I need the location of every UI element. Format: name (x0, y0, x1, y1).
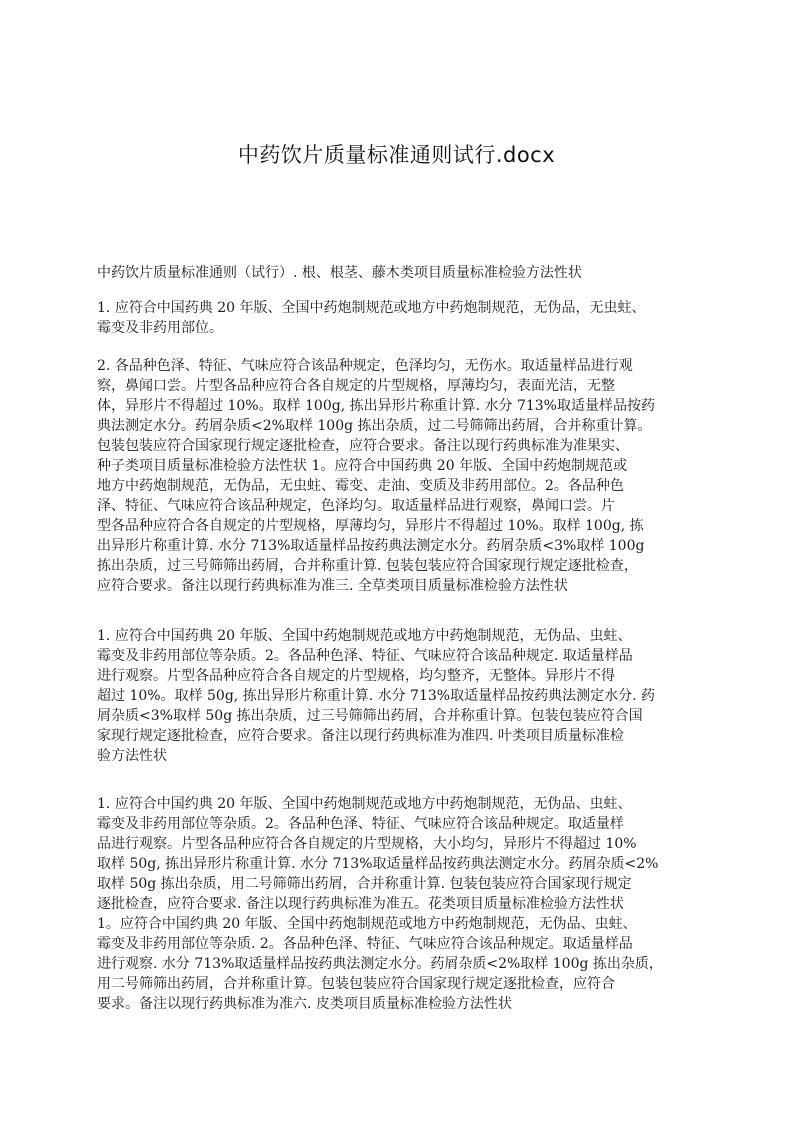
paragraph-line: 用二号筛筛出药屑，合并称重计算。包装包装应符合国家现行规定逐批检查，应符合 (97, 974, 707, 994)
paragraph-line: 拣出杂质，过三号筛筛出药屑，合并称重计算. 包装包装应符合国家现行规定逐批检查， (97, 556, 707, 576)
paragraph-line: 霉变及非药用部位等杂质。2。各品种色泽、特征、气味应符合该品种规定。取适量样 (97, 814, 707, 834)
paragraph-line: 包装包装应符合国家现行规定逐批检查，应符合要求。备注以现行药典标准为准果实、 (97, 436, 707, 456)
paragraph-line: 体，异形片不得超过 10%。取样 100g, 拣出异形片称重计算. 水分 713… (97, 396, 707, 416)
paragraph-line: 验方法性状 (97, 746, 707, 766)
paragraph-line: 1. 应符合中国药典 20 年版、全国中药炮制规范或地方中药炮制规范，无伪品，无… (97, 298, 707, 318)
paragraph: 1. 应符合中国药典 20 年版、全国中药炮制规范或地方中药炮制规范，无伪品、虫… (97, 626, 707, 766)
paragraph-line: 1。应符合中国约典 20 年版、全国中药炮制规范或地方中药炮制规范，无伪品、虫蛀… (97, 914, 707, 934)
paragraph-line: 应符合要求。备注以现行药典标准为准三. 全草类项目质量标准检验方法性状 (97, 576, 707, 596)
paragraph: 2. 各品种色泽、特征、气味应符合该品种规定，色泽均匀，无伤水。取适量样品进行观… (97, 356, 707, 596)
paragraph-line: 种子类项目质量标准检验方法性状 1。应符合中国药典 20 年版、全国中药炮制规范… (97, 456, 707, 476)
paragraph: 1. 应符合中国药典 20 年版、全国中药炮制规范或地方中药炮制规范，无伪品，无… (97, 298, 707, 338)
paragraph-line: 家现行规定逐批检查，应符合要求。备注以现行药典标准为准四. 叶类项目质量标准检 (97, 726, 707, 746)
paragraph-line: 进行观察. 水分 713%取适量样品按药典法测定水分。药屑杂质<2%取样 100… (97, 954, 707, 974)
paragraph-line: 2. 各品种色泽、特征、气味应符合该品种规定，色泽均匀，无伤水。取适量样品进行观 (97, 356, 707, 376)
paragraph-line: 取样 50g 拣出杂质，用二号筛筛出药屑，合并称重计算. 包装包装应符合国家现行… (97, 874, 707, 894)
paragraph-line: 逐批检查，应符合要求. 备注以现行药典标准为准五。花类项目质量标准检验方法性状 (97, 894, 707, 914)
paragraph-line: 出异形片称重计算. 水分 713%取适量样品按药典法测定水分。药屑杂质<3%取样… (97, 536, 707, 556)
paragraph-line: 超过 10%。取样 50g, 拣出异形片称重计算. 水分 713%取适量样品按药… (97, 686, 707, 706)
paragraph-line: 霉变及非药用部位等杂质。2。各品种色泽、特征、气味应符合该品种规定. 取适量样品 (97, 646, 707, 666)
paragraph-line: 典法测定水分。药屑杂质<2%取样 100g 拣出杂质，过二号筛筛出药屑，合并称重… (97, 416, 707, 436)
paragraph-line: 屑杂质<3%取样 50g 拣出杂质，过三号筛筛出药屑，合并称重计算。包装包装应符… (97, 706, 707, 726)
paragraph: 1. 应符合中国约典 20 年版、全国中药炮制规范或地方中药炮制规范，无伪品、虫… (97, 794, 707, 1014)
paragraph-line: 品进行观察。片型各品种应符合各自规定的片型规格，大小均匀，异形片不得超过 10% (97, 834, 707, 854)
paragraph-line: 取样 50g, 拣出异形片称重计算. 水分 713%取适量样品按药典法测定水分。… (97, 854, 707, 874)
paragraph-line: 泽、特征、气味应符合该品种规定，色泽均匀。取适量样品进行观察，鼻闻口尝。片 (97, 496, 707, 516)
document-page: 中药饮片质量标准通则试行.docx 中药饮片质量标准通则（试行）. 根、根茎、藤… (0, 0, 793, 1122)
paragraph-line: 地方中药炮制规范，无伪品，无虫蛀、霉变、走油、变质及非药用部位。2。各品种色 (97, 476, 707, 496)
paragraph-line: 霉变及非药用部位等杂质. 2。各品种色泽、特征、气味应符合该品种规定。取适量样品 (97, 934, 707, 954)
paragraph-line: 型各品种应符合各自规定的片型规格，厚薄均匀，异形片不得超过 10%。取样 100… (97, 516, 707, 536)
paragraph-line: 1. 应符合中国约典 20 年版、全国中药炮制规范或地方中药炮制规范，无伪品、虫… (97, 794, 707, 814)
paragraph-line: 霉变及非药用部位。 (97, 318, 707, 338)
paragraph-line: 察，鼻闻口尝。片型各品种应符合各自规定的片型规格，厚薄均匀，表面光洁，无整 (97, 376, 707, 396)
paragraph-line: 1. 应符合中国药典 20 年版、全国中药炮制规范或地方中药炮制规范，无伪品、虫… (97, 626, 707, 646)
paragraph: 中药饮片质量标准通则（试行）. 根、根茎、藤木类项目质量标准检验方法性状 (97, 263, 707, 283)
paragraph-line: 进行观察。片型各品种应符合各自规定的片型规格，均匀整齐，无整体。异形片不得 (97, 666, 707, 686)
paragraph-line: 要求。备注以现行药典标准为准六. 皮类项目质量标准检验方法性状 (97, 994, 707, 1014)
paragraph-line: 中药饮片质量标准通则（试行）. 根、根茎、藤木类项目质量标准检验方法性状 (97, 263, 707, 283)
document-title: 中药饮片质量标准通则试行.docx (0, 139, 793, 169)
